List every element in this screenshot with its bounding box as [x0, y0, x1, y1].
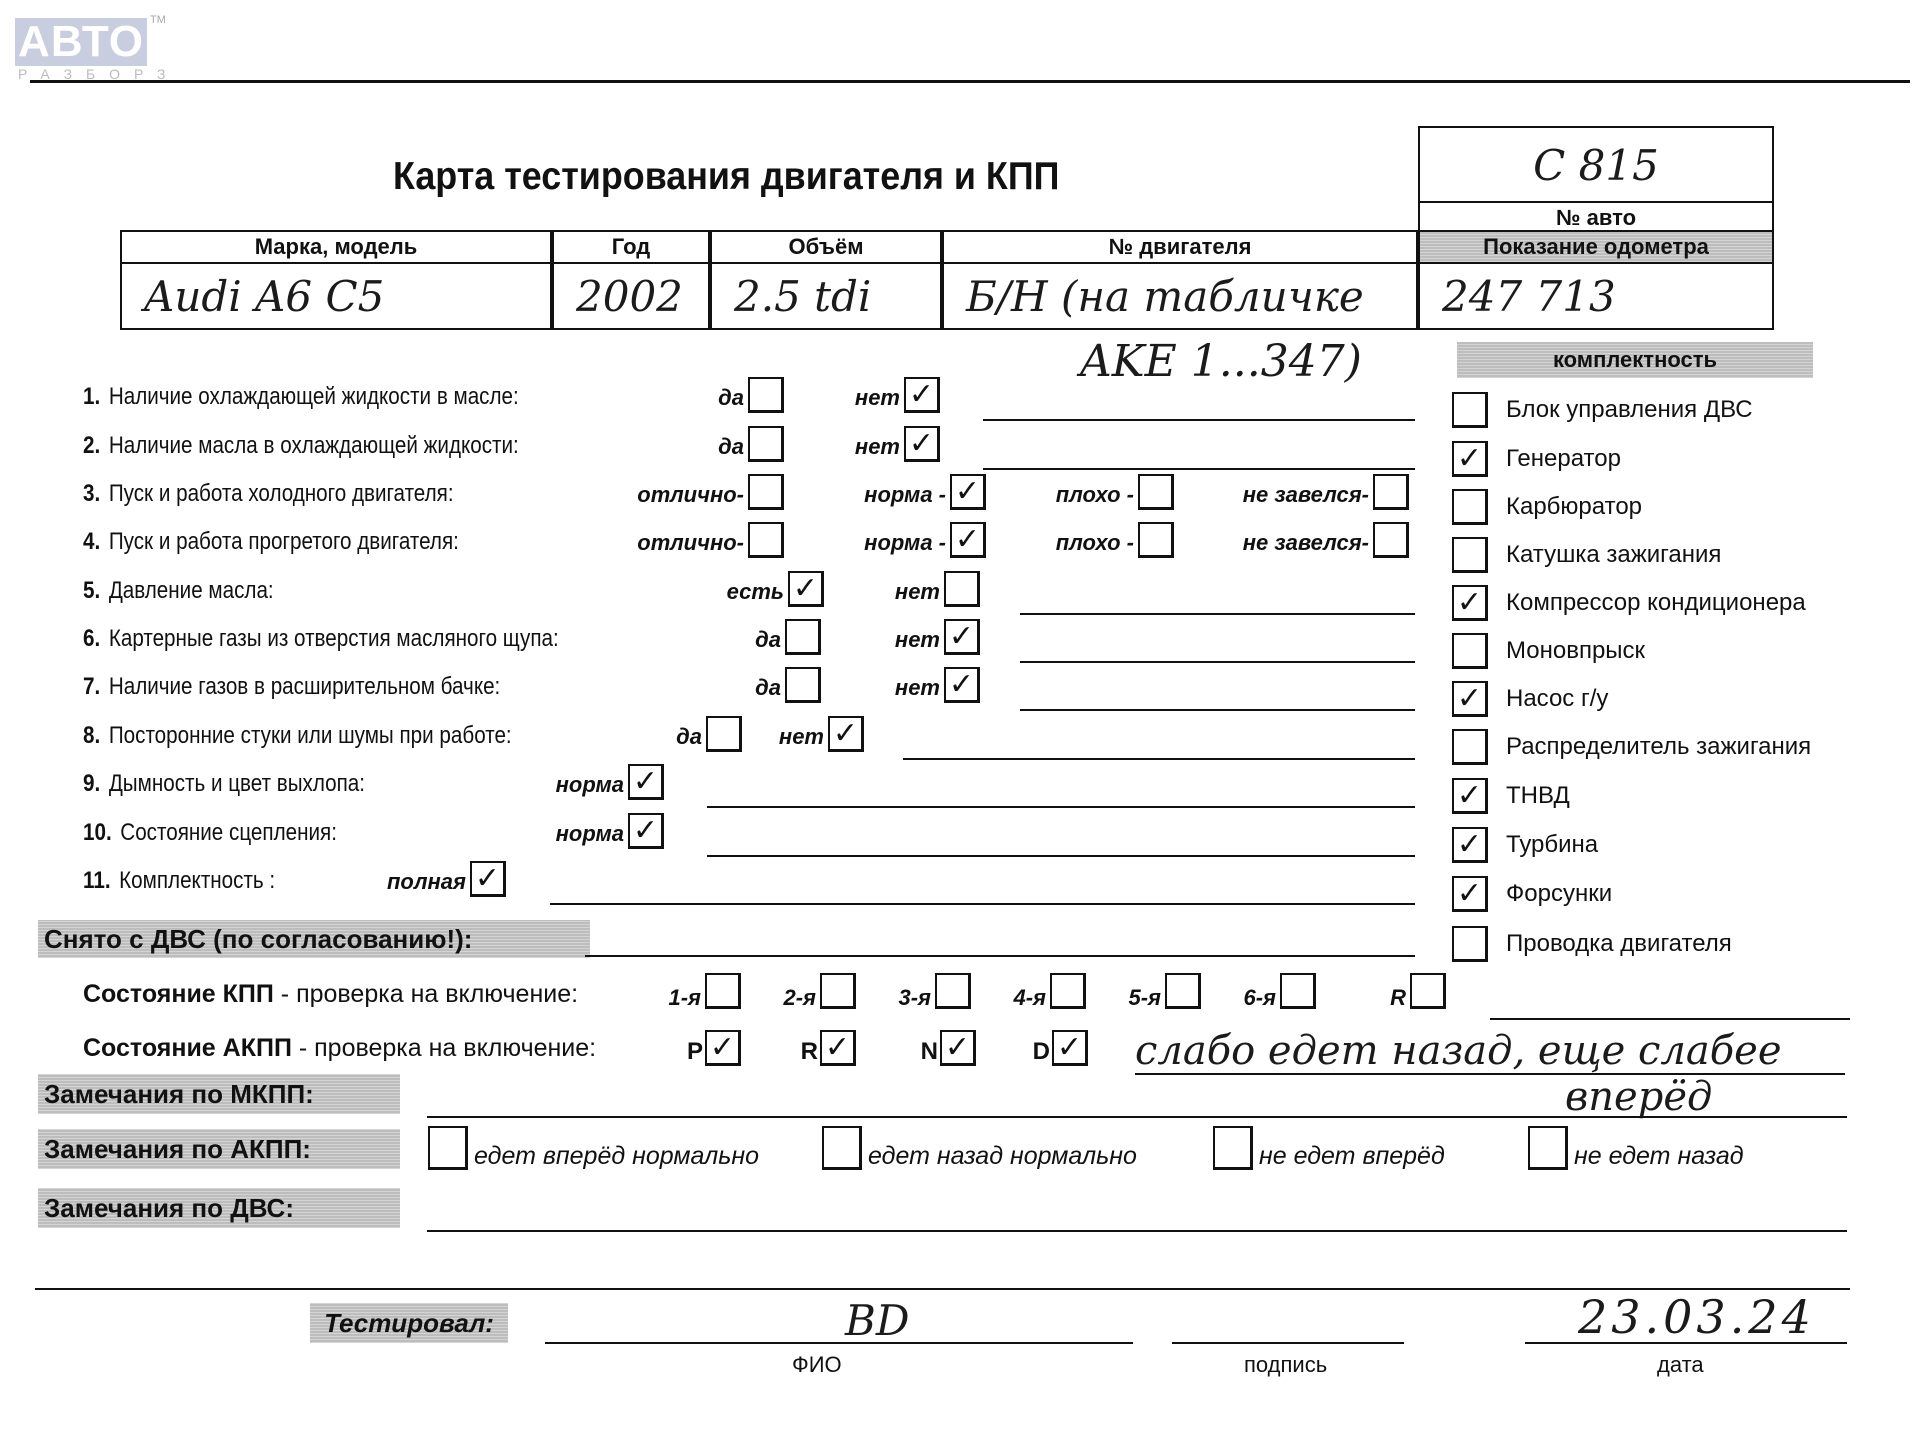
completeness-item-label: ТНВД [1506, 782, 1570, 810]
akpp-note-line1: слабо едет назад, еще слабее [1135, 1028, 1781, 1074]
gear-checkbox[interactable] [1280, 973, 1316, 1009]
akpp-mode-label: R [801, 1038, 818, 1066]
question-text: Пуск и работа прогретого двигателя: [109, 528, 459, 555]
check-mark-icon: ✓ [633, 767, 658, 797]
check-mark-icon: ✓ [710, 1033, 735, 1063]
mkpp-state-label: Состояние КПП - проверка на включение: [83, 980, 578, 1009]
option-label: не завелся- [1243, 530, 1369, 556]
option-label: да [755, 627, 781, 653]
page-title: Карта тестирования двигателя и КПП [393, 155, 1059, 199]
option-label: да [755, 675, 781, 701]
question-number: 7. [83, 673, 100, 700]
option-label: да [718, 434, 744, 460]
completeness-header: комплектность [1457, 342, 1813, 378]
check-mark-icon: ✓ [955, 477, 980, 507]
question-number: 6. [83, 625, 100, 652]
gear-label: 6-я [1243, 985, 1276, 1011]
header-column-value: 2002 [576, 272, 683, 321]
akpp-mode-checkbox[interactable]: ✓ [940, 1030, 976, 1066]
gear-checkbox[interactable] [705, 973, 741, 1009]
completeness-item-label: Проводка двигателя [1506, 930, 1732, 958]
option-checkbox[interactable]: ✓ [944, 667, 980, 703]
question-text: Картерные газы из отверстия масляного щу… [109, 625, 559, 652]
check-mark-icon: ✓ [1457, 830, 1482, 860]
question-text: Давление масла: [109, 577, 274, 604]
question-label: 10.Состояние сцепления: [83, 819, 337, 847]
akpp-mode-checkbox[interactable]: ✓ [705, 1030, 741, 1066]
completeness-checkbox[interactable] [1452, 729, 1488, 765]
check-mark-icon: ✓ [949, 670, 974, 700]
comment-line [983, 419, 1415, 421]
remarks-mkpp-label: Замечания по МКПП: [38, 1074, 400, 1114]
date-label: дата [1657, 1352, 1704, 1378]
gear-checkbox[interactable] [935, 973, 971, 1009]
gear-checkbox[interactable] [1050, 973, 1086, 1009]
option-checkbox[interactable]: ✓ [628, 764, 664, 800]
question-label: 8.Посторонние стуки или шумы при работе: [83, 722, 512, 750]
completeness-checkbox[interactable] [1452, 633, 1488, 669]
option-label: плохо - [1056, 530, 1134, 556]
completeness-checkbox[interactable] [1452, 489, 1488, 525]
comment-line [903, 758, 1415, 760]
completeness-checkbox[interactable]: ✓ [1452, 441, 1488, 477]
check-mark-icon: ✓ [1457, 588, 1482, 618]
akpp-state-label: Состояние АКПП - проверка на включение: [83, 1034, 596, 1063]
akpp-subtitle: - проверка на включение: [292, 1034, 596, 1062]
completeness-item-label: Катушка зажигания [1506, 541, 1721, 569]
akpp-mode-checkbox[interactable]: ✓ [1052, 1030, 1088, 1066]
removed-from-engine-line [585, 955, 1415, 957]
option-label: нет [855, 434, 900, 460]
question-label: 11.Комплектность : [83, 867, 275, 895]
question-number: 4. [83, 528, 100, 555]
question-text: Пуск и работа холодного двигателя: [109, 480, 454, 507]
check-mark-icon: ✓ [825, 1033, 850, 1063]
header-column-value-cell[interactable]: Audi A6 C5 [120, 262, 552, 330]
remarks-dvs-label: Замечания по ДВС: [38, 1188, 400, 1228]
engine-number-continued: AKE 1...347) [1080, 336, 1362, 387]
check-mark-icon: ✓ [909, 380, 934, 410]
akpp-mode-label: D [1033, 1038, 1050, 1066]
option-checkbox[interactable] [706, 716, 742, 752]
completeness-checkbox[interactable]: ✓ [1452, 876, 1488, 912]
check-mark-icon: ✓ [633, 816, 658, 846]
akpp-remark-checkbox[interactable] [1213, 1126, 1253, 1170]
option-label: нет [895, 579, 940, 605]
completeness-checkbox[interactable]: ✓ [1452, 681, 1488, 717]
signature-line [1172, 1342, 1404, 1344]
header-column-value: 2.5 tdi [734, 272, 871, 321]
header-column-value: Audi A6 C5 [144, 272, 384, 321]
option-checkbox[interactable]: ✓ [788, 571, 824, 607]
question-number: 3. [83, 480, 100, 507]
option-label: полная [387, 869, 466, 895]
signature-label: подпись [1244, 1352, 1327, 1378]
completeness-checkbox[interactable] [1452, 392, 1488, 428]
check-mark-icon: ✓ [1457, 684, 1482, 714]
option-checkbox[interactable]: ✓ [904, 377, 940, 413]
question-label: 3.Пуск и работа холодного двигателя: [83, 480, 454, 508]
top-divider [30, 80, 1910, 83]
question-number: 8. [83, 722, 100, 749]
comment-line [707, 806, 1415, 808]
option-label: норма - [864, 530, 946, 556]
header-column-value: Б/Н (на табличке [966, 272, 1364, 321]
option-checkbox[interactable] [944, 571, 980, 607]
option-label: да [676, 724, 702, 750]
tester-fio-value: BD [845, 1296, 910, 1345]
check-mark-icon: ✓ [949, 622, 974, 652]
option-checkbox[interactable] [1373, 522, 1409, 558]
check-mark-icon: ✓ [833, 719, 858, 749]
gear-checkbox[interactable] [1410, 973, 1446, 1009]
check-mark-icon: ✓ [475, 864, 500, 894]
question-label: 1.Наличие охлаждающей жидкости в масле: [83, 383, 519, 411]
completeness-item-label: Турбина [1506, 831, 1598, 859]
header-column-label: Год [612, 234, 651, 260]
mkpp-subtitle: - проверка на включение: [274, 980, 578, 1008]
question-number: 11. [83, 867, 111, 894]
option-label: есть [727, 579, 784, 605]
akpp-mode-label: N [921, 1038, 938, 1066]
completeness-item-label: Распределитель зажигания [1506, 733, 1811, 761]
option-checkbox[interactable]: ✓ [628, 813, 664, 849]
gear-label: R [1390, 985, 1406, 1011]
completeness-item-label: Форсунки [1506, 880, 1612, 908]
completeness-item-label: Генератор [1506, 445, 1621, 473]
completeness-checkbox[interactable]: ✓ [1452, 585, 1488, 621]
akpp-note-underline [1135, 1073, 1845, 1075]
option-checkbox[interactable]: ✓ [904, 426, 940, 462]
question-label: 2.Наличие масла в охлаждающей жидкости: [83, 432, 519, 460]
fio-line [545, 1342, 1133, 1344]
gear-checkbox[interactable] [820, 973, 856, 1009]
akpp-remark-label: едет вперёд нормально [474, 1142, 759, 1171]
option-label: нет [855, 385, 900, 411]
remarks-dvs-line [427, 1230, 1847, 1232]
option-label: норма [556, 772, 624, 798]
option-checkbox[interactable] [1138, 522, 1174, 558]
question-text: Состояние сцепления: [120, 819, 337, 846]
option-checkbox[interactable] [748, 522, 784, 558]
option-checkbox[interactable] [748, 474, 784, 510]
option-label: нет [895, 627, 940, 653]
akpp-remark-checkbox[interactable] [428, 1126, 468, 1170]
mkpp-line [1490, 1018, 1850, 1020]
question-text: Дымность и цвет выхлопа: [109, 770, 365, 797]
check-mark-icon: ✓ [1057, 1033, 1082, 1063]
tested-by-label: Тестировал: [324, 1308, 494, 1339]
check-mark-icon: ✓ [1457, 781, 1482, 811]
completeness-item-label: Компрессор кондиционера [1506, 589, 1806, 617]
comment-line [1020, 709, 1415, 711]
removed-from-engine-label: Снято с ДВС (по согласованию!): [38, 920, 590, 958]
header-column-value-cell[interactable]: Б/Н (на табличке [942, 262, 1418, 330]
gear-checkbox[interactable] [1165, 973, 1201, 1009]
header-column-label-cell: Марка, модель [120, 230, 552, 264]
header-column-label-cell: Показание одометра [1418, 230, 1774, 264]
option-checkbox[interactable] [1138, 474, 1174, 510]
mkpp-title: Состояние КПП [83, 980, 274, 1008]
test-date-value: 23.03.24 [1578, 1290, 1815, 1344]
tested-by-label-box: Тестировал: [310, 1303, 508, 1343]
question-label: 4.Пуск и работа прогретого двигателя: [83, 528, 459, 556]
akpp-title: Состояние АКПП [83, 1034, 292, 1062]
option-label: да [718, 385, 744, 411]
date-line [1525, 1342, 1847, 1344]
gear-label: 1-я [668, 985, 701, 1011]
question-text: Наличие масла в охлаждающей жидкости: [109, 432, 519, 459]
option-checkbox[interactable] [748, 377, 784, 413]
option-checkbox[interactable]: ✓ [944, 619, 980, 655]
option-label: нет [895, 675, 940, 701]
akpp-remark-checkbox[interactable] [1528, 1126, 1568, 1170]
header-column-label: Объём [789, 234, 864, 260]
completeness-item-label: Насос г/у [1506, 685, 1608, 713]
remarks-akpp-label: Замечания по АКПП: [38, 1129, 400, 1169]
question-number: 2. [83, 432, 100, 459]
header-column-value-cell[interactable]: 2.5 tdi [710, 262, 942, 330]
question-number: 1. [83, 383, 100, 410]
option-checkbox[interactable] [785, 667, 821, 703]
question-label: 7.Наличие газов в расширительном бачке: [83, 673, 500, 701]
question-text: Комплектность : [119, 867, 275, 894]
comment-line [550, 903, 1415, 905]
option-label: норма [556, 821, 624, 847]
avto-logo: АВТО [15, 18, 147, 66]
akpp-note-line2: вперёд [1565, 1074, 1712, 1120]
check-mark-icon: ✓ [945, 1033, 970, 1063]
comment-line [983, 468, 1415, 470]
completeness-title: комплектность [1553, 347, 1717, 373]
check-mark-icon: ✓ [1457, 444, 1482, 474]
header-column-value: 247 713 [1442, 272, 1616, 321]
completeness-checkbox[interactable] [1452, 537, 1488, 573]
akpp-remark-label: едет назад нормально [868, 1142, 1137, 1171]
check-mark-icon: ✓ [955, 525, 980, 555]
comment-line [707, 855, 1415, 857]
check-mark-icon: ✓ [909, 429, 934, 459]
option-label: норма - [864, 482, 946, 508]
option-label: отлично- [637, 530, 744, 556]
header-column-label: Марка, модель [255, 234, 418, 260]
question-label: 5.Давление масла: [83, 577, 274, 605]
question-text: Наличие охлаждающей жидкости в масле: [109, 383, 519, 410]
question-number: 5. [83, 577, 100, 604]
option-checkbox[interactable]: ✓ [470, 861, 506, 897]
remarks-mkpp-line [427, 1116, 1847, 1118]
question-number: 10. [83, 819, 112, 846]
question-number: 9. [83, 770, 100, 797]
comment-line [1020, 661, 1415, 663]
option-label: не завелся- [1243, 482, 1369, 508]
header-column-value-cell[interactable]: 2002 [552, 262, 710, 330]
header-column-label-cell: Объём [710, 230, 942, 264]
question-label: 9.Дымность и цвет выхлопа: [83, 770, 365, 798]
option-label: отлично- [637, 482, 744, 508]
completeness-item-label: Моновпрыск [1506, 637, 1645, 665]
header-column-label: Показание одометра [1483, 234, 1709, 260]
car-number-value-cell: C 815 [1418, 126, 1774, 203]
completeness-checkbox[interactable]: ✓ [1452, 778, 1488, 814]
akpp-remark-label: не едет вперёд [1259, 1142, 1445, 1171]
question-text: Посторонние стуки или шумы при работе: [109, 722, 512, 749]
option-checkbox[interactable] [785, 619, 821, 655]
gear-label: 5-я [1128, 985, 1161, 1011]
completeness-item-label: Карбюратор [1506, 493, 1642, 521]
akpp-remark-label: не едет назад [1574, 1142, 1744, 1171]
fio-label: ФИО [792, 1352, 842, 1378]
header-column-label-cell: № двигателя [942, 230, 1418, 264]
option-checkbox[interactable]: ✓ [828, 716, 864, 752]
option-checkbox[interactable]: ✓ [950, 522, 986, 558]
car-number-label: № авто [1556, 205, 1636, 231]
question-label: 6.Картерные газы из отверстия масляного … [83, 625, 559, 653]
check-mark-icon: ✓ [1457, 879, 1482, 909]
gear-label: 3-я [898, 985, 931, 1011]
completeness-checkbox[interactable] [1452, 926, 1488, 962]
completeness-item-label: Блок управления ДВС [1506, 396, 1753, 424]
logo-trademark: TM [150, 14, 166, 26]
akpp-mode-checkbox[interactable]: ✓ [820, 1030, 856, 1066]
question-text: Наличие газов в расширительном бачке: [109, 673, 500, 700]
akpp-remark-checkbox[interactable] [822, 1126, 862, 1170]
header-column-value-cell[interactable]: 247 713 [1418, 262, 1774, 330]
car-number-value: C 815 [1533, 141, 1659, 190]
completeness-checkbox[interactable]: ✓ [1452, 827, 1488, 863]
header-column-label-cell: Год [552, 230, 710, 264]
gear-label: 4-я [1013, 985, 1046, 1011]
option-label: нет [779, 724, 824, 750]
comment-line [1020, 613, 1415, 615]
option-checkbox[interactable]: ✓ [950, 474, 986, 510]
akpp-mode-label: P [687, 1038, 703, 1066]
option-checkbox[interactable] [748, 426, 784, 462]
check-mark-icon: ✓ [793, 574, 818, 604]
header-column-label: № двигателя [1109, 234, 1252, 260]
option-checkbox[interactable] [1373, 474, 1409, 510]
option-label: плохо - [1056, 482, 1134, 508]
gear-label: 2-я [783, 985, 816, 1011]
